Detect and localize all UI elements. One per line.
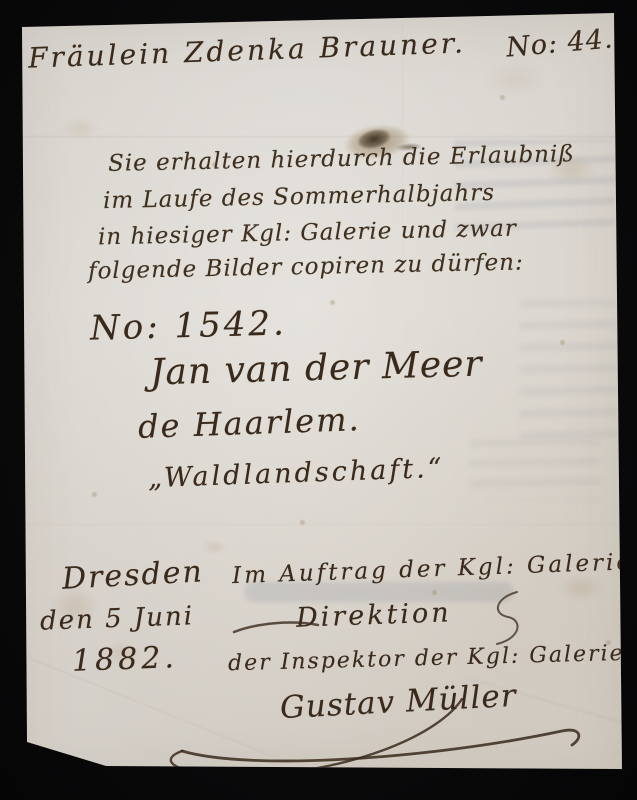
letter-sheet: Fräulein Zdenka Brauner. No: 44. Sie erh… <box>0 0 637 800</box>
closing-office: Direktion <box>296 597 453 633</box>
dateline-place: Dresden <box>61 554 204 596</box>
signature-flourish <box>110 695 610 790</box>
print-showthrough <box>470 440 600 500</box>
fold-crease-horizontal-top <box>24 136 616 139</box>
recipient-name: Fräulein Zdenka Brauner. <box>28 26 467 74</box>
body-line: im Laufe des Sommerhalbjahrs <box>103 180 496 214</box>
fold-crease-vertical <box>402 20 404 280</box>
print-showthrough <box>455 140 615 236</box>
stain <box>100 640 142 666</box>
ink-blot <box>330 114 423 170</box>
body-line: in hiesiger Kgl: Galerie und zwar <box>98 216 517 251</box>
artist-origin: de Haarlem. <box>137 400 361 446</box>
ink-blot <box>392 141 427 153</box>
dateline-year: 1882. <box>71 640 178 679</box>
fold-crease-bottom-left <box>23 656 274 760</box>
foxing-spot <box>330 300 335 305</box>
foxing-spot <box>500 95 505 100</box>
artwork-title: „Waldlandschaft.“ <box>148 453 445 494</box>
print-showthrough <box>245 582 513 602</box>
foxing-spot <box>560 340 565 345</box>
print-showthrough <box>520 300 616 440</box>
foxing-spot <box>606 640 611 645</box>
catalog-number: No: 1542. <box>90 303 288 348</box>
foxing-spot <box>432 590 437 595</box>
body-line: Sie erhalten hierdurch die Erlaubniß <box>108 141 575 177</box>
stain <box>478 58 552 100</box>
closing-on-behalf: Im Auftrag der Kgl: Galerie, <box>232 549 637 589</box>
foxing-spot <box>212 162 217 167</box>
fold-crease-bottom-right <box>465 677 629 726</box>
photo-background: Fräulein Zdenka Brauner. No: 44. Sie erh… <box>0 0 637 800</box>
stain <box>540 152 602 188</box>
body-line: folgende Bilder copiren zu dürfen: <box>88 249 524 284</box>
closing-curl-flourish <box>487 588 532 650</box>
stain <box>46 582 104 630</box>
artist-name: Jan van der Meer <box>150 344 484 394</box>
signature: Gustav Müller <box>279 678 517 726</box>
closing-role: der Inspektor der Kgl: Galerie. <box>228 641 634 677</box>
permit-number: No: 44. <box>505 23 615 63</box>
stain <box>198 538 230 556</box>
stain <box>552 572 610 604</box>
direktion-lead-flourish <box>232 616 322 638</box>
stain <box>58 116 102 142</box>
ink-blot <box>350 122 398 156</box>
foxing-spot <box>92 492 97 497</box>
fold-crease-horizontal-middle <box>24 524 618 527</box>
dateline-day: den 5 Juni <box>40 601 195 636</box>
foxing-spot <box>300 520 305 525</box>
